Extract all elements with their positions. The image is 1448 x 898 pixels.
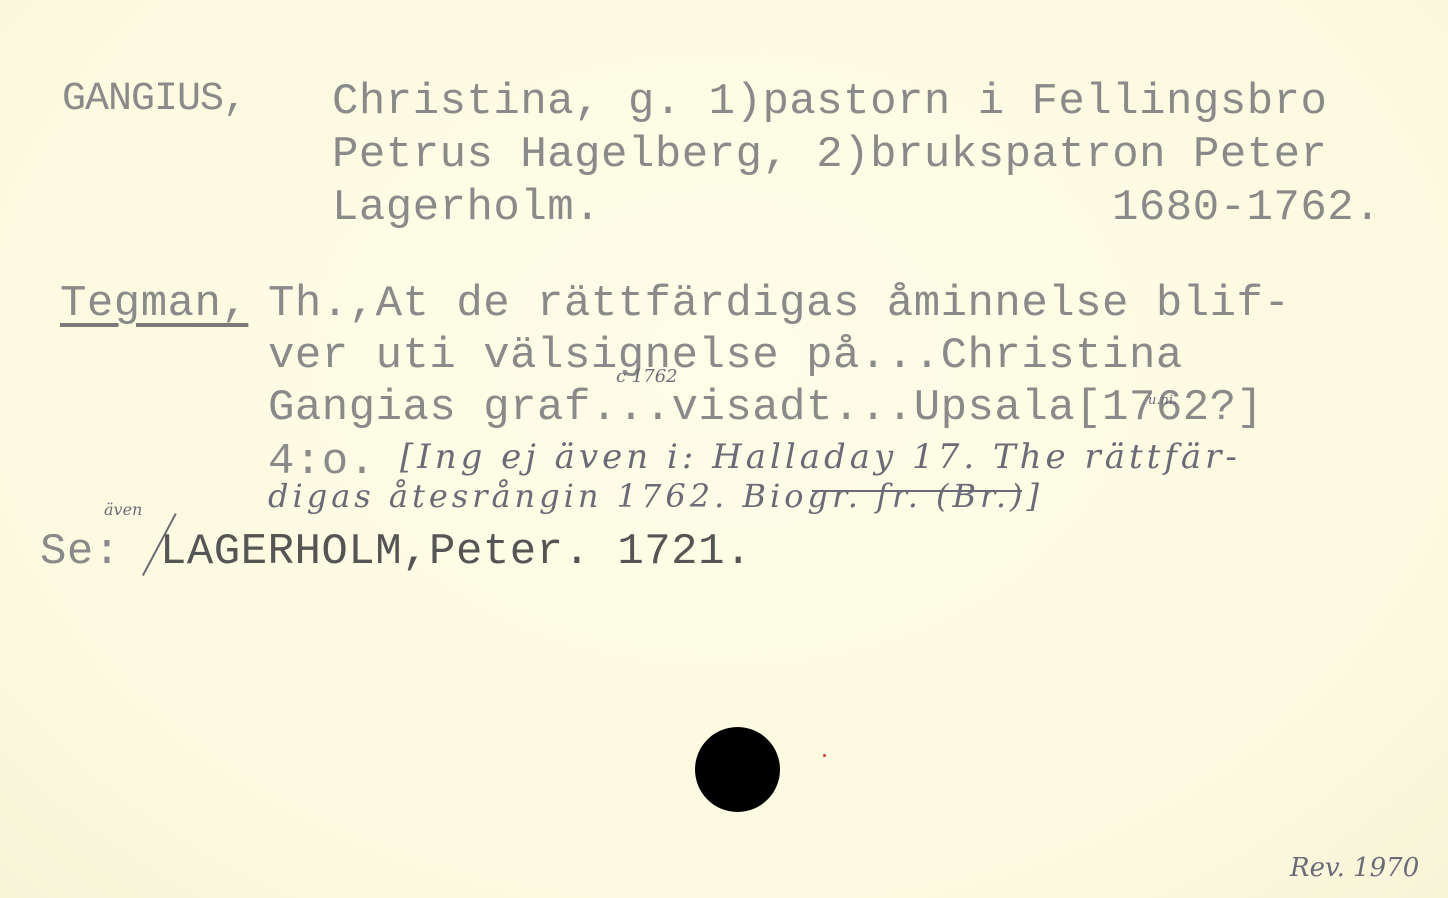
entry-title-line-3: Gangias graf...visadt...Upsala[1762?] bbox=[268, 386, 1263, 430]
heading-line-3-name: Lagerholm. bbox=[332, 186, 601, 230]
handwritten-note-line-1: [Ing ej även i: Halladay 17. The rättfär… bbox=[400, 440, 1241, 474]
heading-surname: GANGIUS, bbox=[62, 80, 246, 120]
punch-hole bbox=[695, 727, 780, 812]
heading-line-1: Christina, g. 1)pastorn i Fellingsbro bbox=[332, 80, 1327, 124]
entry-title-line-2: ver uti välsignelse på...Christina bbox=[268, 334, 1183, 378]
entry-title-line-1: Th.,At de rättfärdigas åminnelse blif- bbox=[268, 282, 1290, 326]
heading-life-dates: 1680-1762. bbox=[1112, 186, 1381, 230]
see-also-prefix: Se: bbox=[40, 530, 121, 574]
handwritten-also-note: även bbox=[104, 502, 142, 518]
entry-author: Tegman, bbox=[60, 282, 248, 326]
heading-line-2: Petrus Hagelberg, 2)brukspatron Peter bbox=[332, 133, 1327, 177]
catalog-card: GANGIUS, Christina, g. 1)pastorn i Felli… bbox=[0, 0, 1448, 898]
speck bbox=[823, 754, 826, 757]
see-also-reference: LAGERHOLM,Peter. 1721. bbox=[160, 530, 752, 574]
revision-note: Rev. 1970 bbox=[1290, 855, 1419, 881]
handwritten-note-line-2: digas åtesrångin 1762. Biogr. fr. (Br.)] bbox=[268, 480, 1043, 512]
handwritten-place-annotation: u.ni. bbox=[1148, 394, 1177, 407]
handwritten-date-insert: c 1762 bbox=[616, 368, 678, 386]
